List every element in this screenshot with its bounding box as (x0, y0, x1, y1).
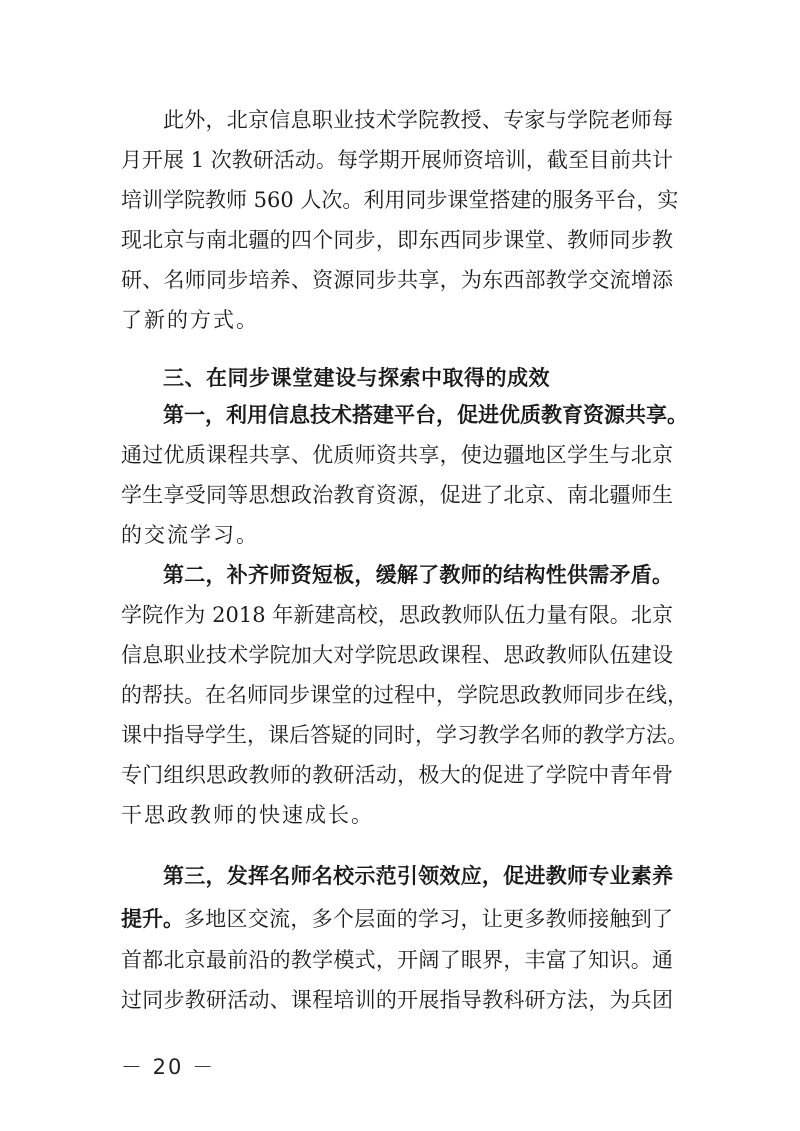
paragraph-line: 通过优质课程共享、优质师资共享，使边疆地区学生与北京 (121, 435, 673, 475)
paragraph-line: 学院作为 2018 年新建高校，思政教师队伍力量有限。北京 (121, 595, 673, 635)
point-lead: 第三，发挥名师名校示范引领效应，促进教师专业素养 (163, 856, 673, 896)
paragraph-line: 专门组织思政教师的教研活动，极大的促进了学院中青年骨 (121, 755, 673, 795)
paragraph-line: 提升。 多地区交流，多个层面的学习，让更多教师接触到了 (121, 899, 673, 939)
paragraph-line: 学生享受同等思想政治教育资源，促进了北京、南北疆师生 (121, 475, 673, 515)
paragraph-line: 干思政教师的快速成长。 (121, 795, 673, 835)
paragraph-line: 了新的方式。 (121, 300, 673, 340)
paragraph-line: 的交流学习。 (121, 515, 673, 555)
point-lead-continuation: 提升。 (121, 899, 184, 939)
paragraph-line: 过同步教研活动、课程培训的开展指导教科研方法，为兵团 (121, 980, 673, 1020)
section-heading: 三、在同步课堂建设与探索中取得的成效 (163, 358, 550, 398)
paragraph-line: 首都北京最前沿的教学模式，开阔了眼界，丰富了知识。通 (121, 940, 673, 980)
paragraph-line-text: 多地区交流，多个层面的学习，让更多教师接触到了 (184, 899, 673, 939)
point-lead: 第二，补齐师资短板，缓解了教师的结构性供需矛盾。 (163, 555, 673, 595)
page-number: － 20 － (121, 1052, 215, 1082)
paragraph-line: 此外，北京信息职业技术学院教授、专家与学院老师每 (163, 100, 673, 140)
paragraph-line: 月开展 1 次教研活动。每学期开展师资培训，截至目前共计 (121, 140, 673, 180)
paragraph-line: 课中指导学生，课后答疑的同时，学习教学名师的教学方法。 (121, 715, 673, 755)
paragraph-line: 信息职业技术学院加大对学院思政课程、思政教师队伍建设 (121, 635, 673, 675)
paragraph-line: 现北京与南北疆的四个同步，即东西同步课堂、教师同步教 (121, 220, 673, 260)
point-lead: 第一，利用信息技术搭建平台，促进优质教育资源共享。 (163, 395, 673, 435)
paragraph-line: 培训学院教师 560 人次。利用同步课堂搭建的服务平台，实 (121, 180, 673, 220)
paragraph-line: 的帮扶。在名师同步课堂的过程中，学院思政教师同步在线， (121, 675, 673, 715)
paragraph-line: 研、名师同步培养、资源同步共享，为东西部教学交流增添 (121, 260, 673, 300)
